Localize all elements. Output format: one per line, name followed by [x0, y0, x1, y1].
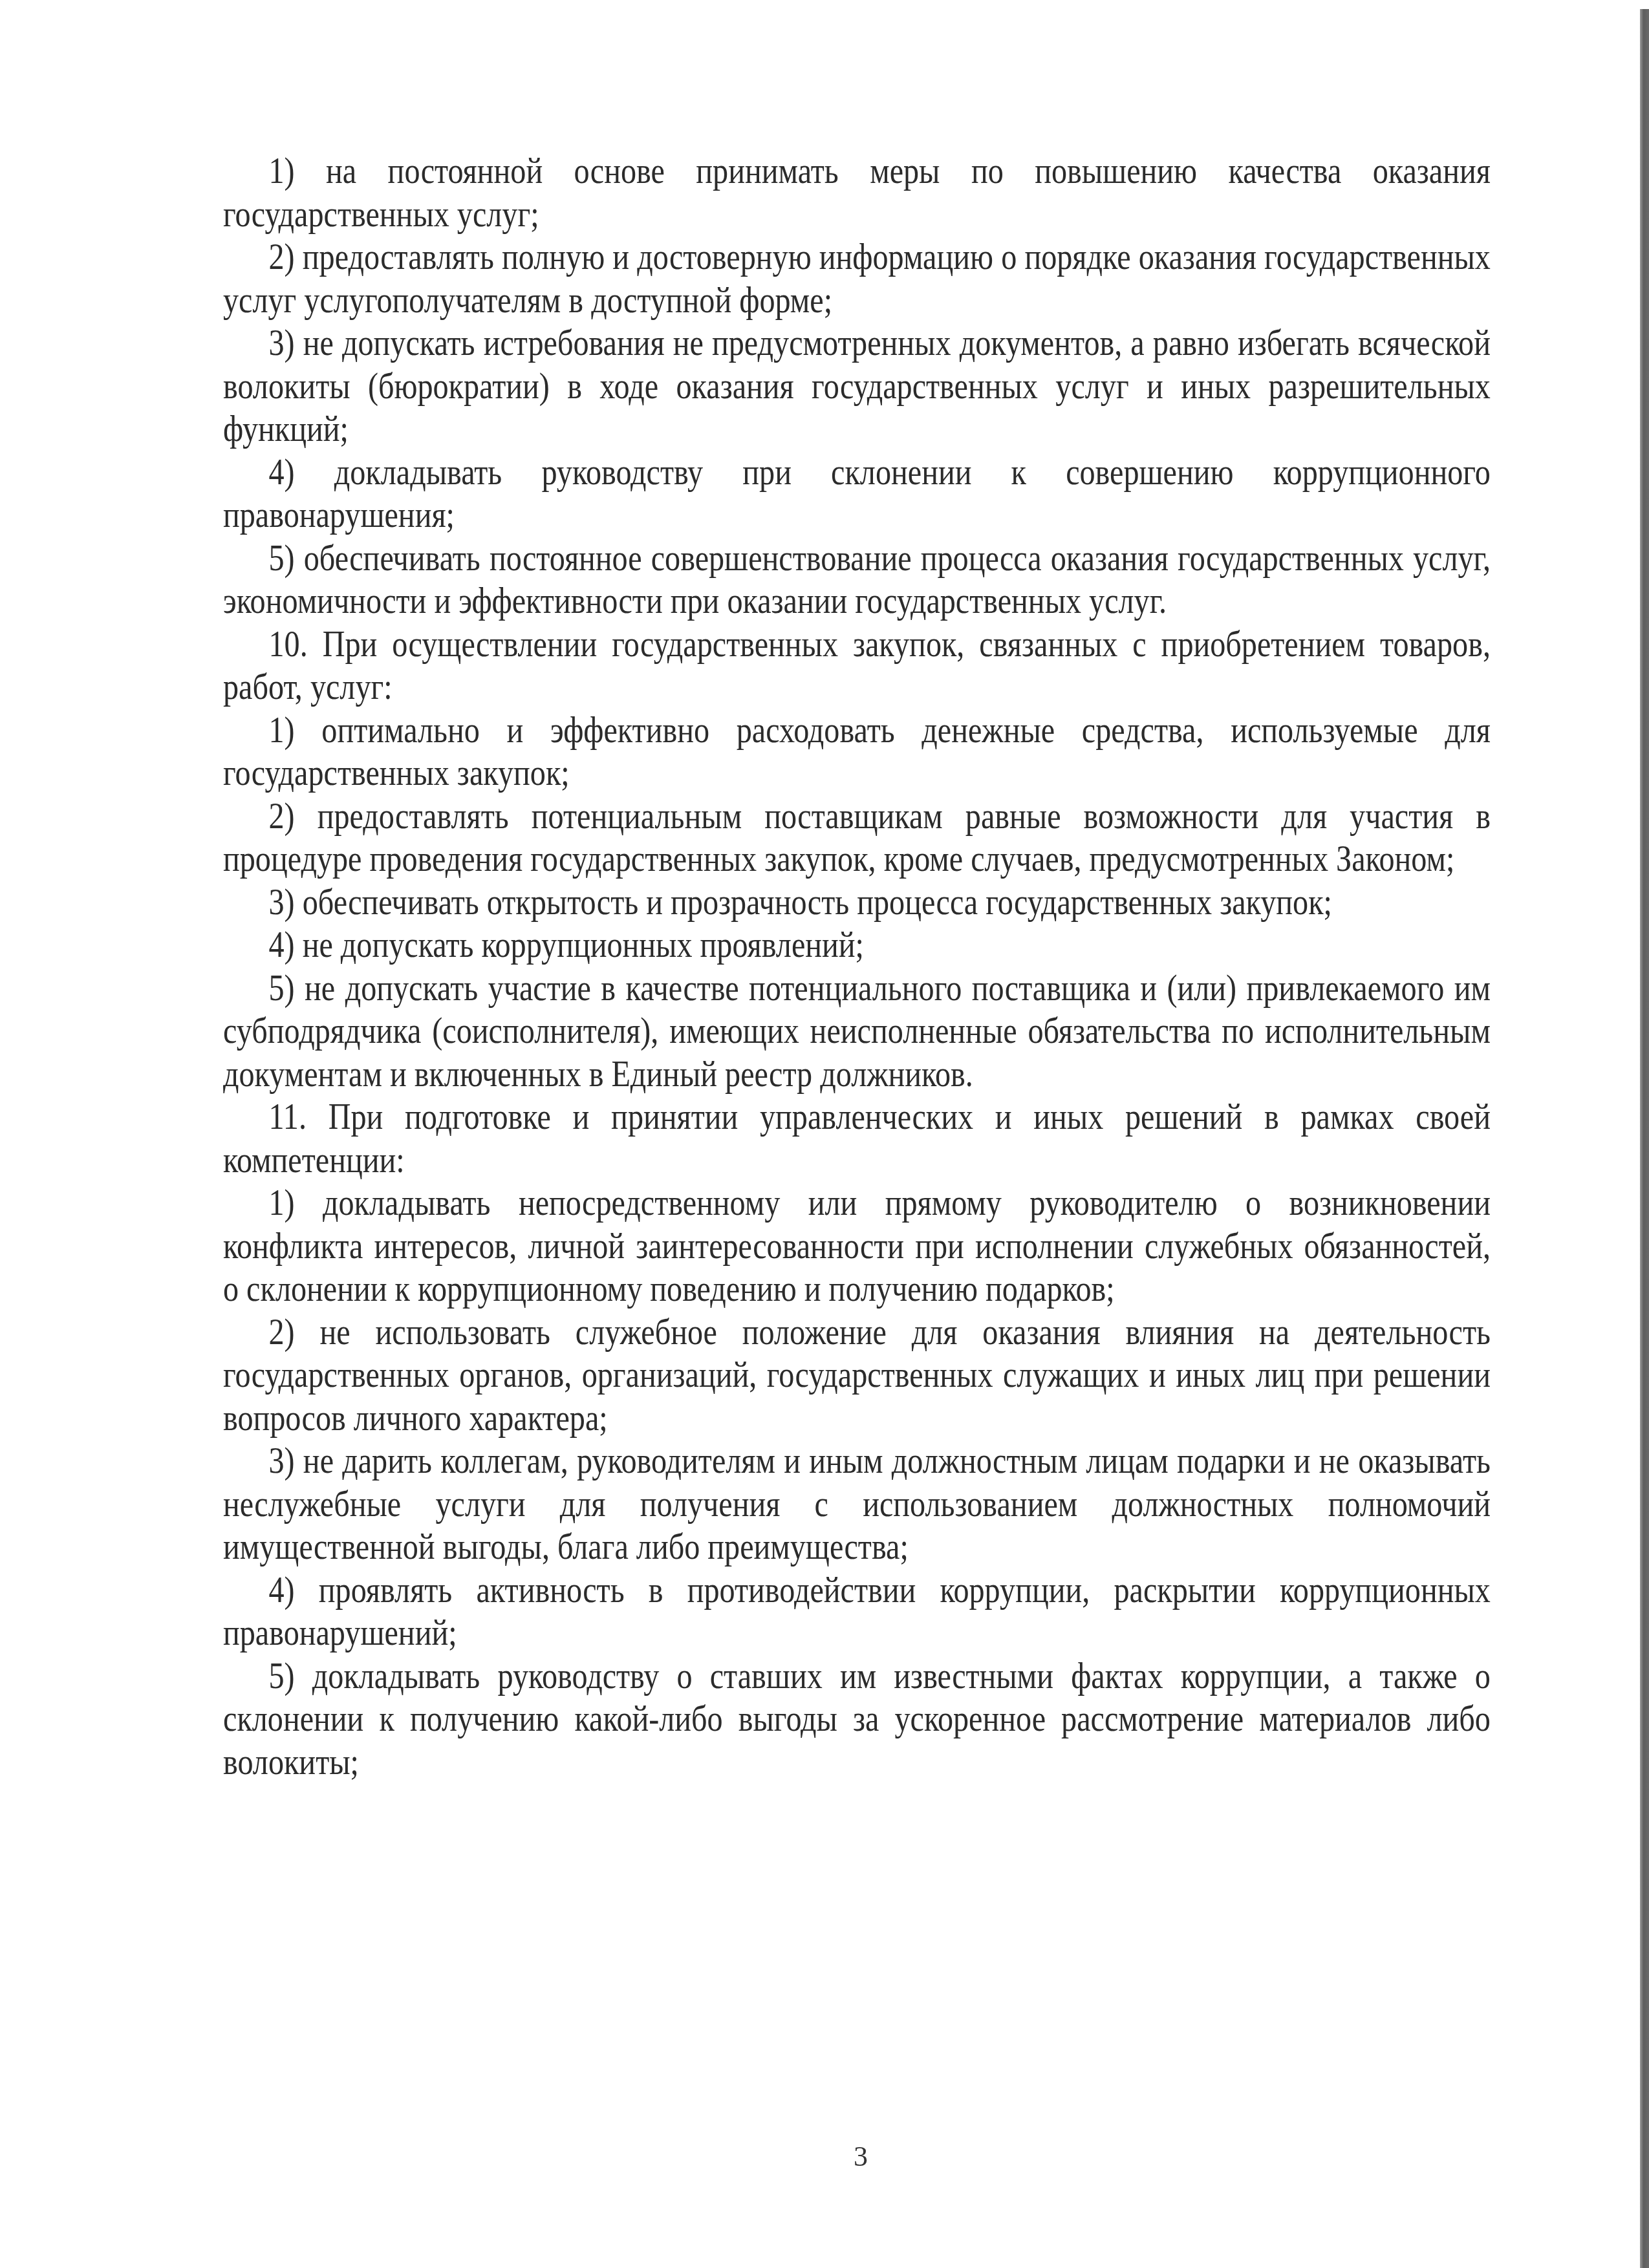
paragraph: 5) докладывать руководству о ставших им …: [223, 1655, 1491, 1784]
paragraph: 1) докладывать непосредственному или пря…: [223, 1182, 1491, 1311]
section-heading-10: 10. При осуществлении государственных за…: [223, 623, 1491, 709]
paragraph: 2) не использовать служебное положение д…: [223, 1311, 1491, 1440]
page-number: 3: [854, 2140, 868, 2173]
paragraph: 4) докладывать руководству при склонении…: [223, 451, 1491, 537]
paragraph: 2) предоставлять полную и достоверную ин…: [223, 236, 1491, 322]
paragraph: 4) не допускать коррупционных проявлений…: [223, 924, 1491, 967]
paragraph: 3) не допускать истребования не предусмо…: [223, 322, 1491, 451]
paragraph: 4) проявлять активность в противодействи…: [223, 1569, 1491, 1655]
paragraph: 2) предоставлять потенциальным поставщик…: [223, 795, 1491, 881]
paragraph: 5) не допускать участие в качестве потен…: [223, 967, 1491, 1097]
paragraph: 1) на постоянной основе принимать меры п…: [223, 150, 1491, 236]
paragraph: 1) оптимально и эффективно расходовать д…: [223, 709, 1491, 795]
section-heading-11: 11. При подготовке и принятии управленче…: [223, 1096, 1491, 1182]
document-page: 1) на постоянной основе принимать меры п…: [223, 150, 1491, 1784]
paragraph: 5) обеспечивать постоянное совершенствов…: [223, 537, 1491, 623]
paragraph: 3) обеспечивать открытость и прозрачност…: [223, 881, 1491, 925]
scan-border: [1640, 9, 1649, 2268]
paragraph: 3) не дарить коллегам, руководителям и и…: [223, 1440, 1491, 1569]
